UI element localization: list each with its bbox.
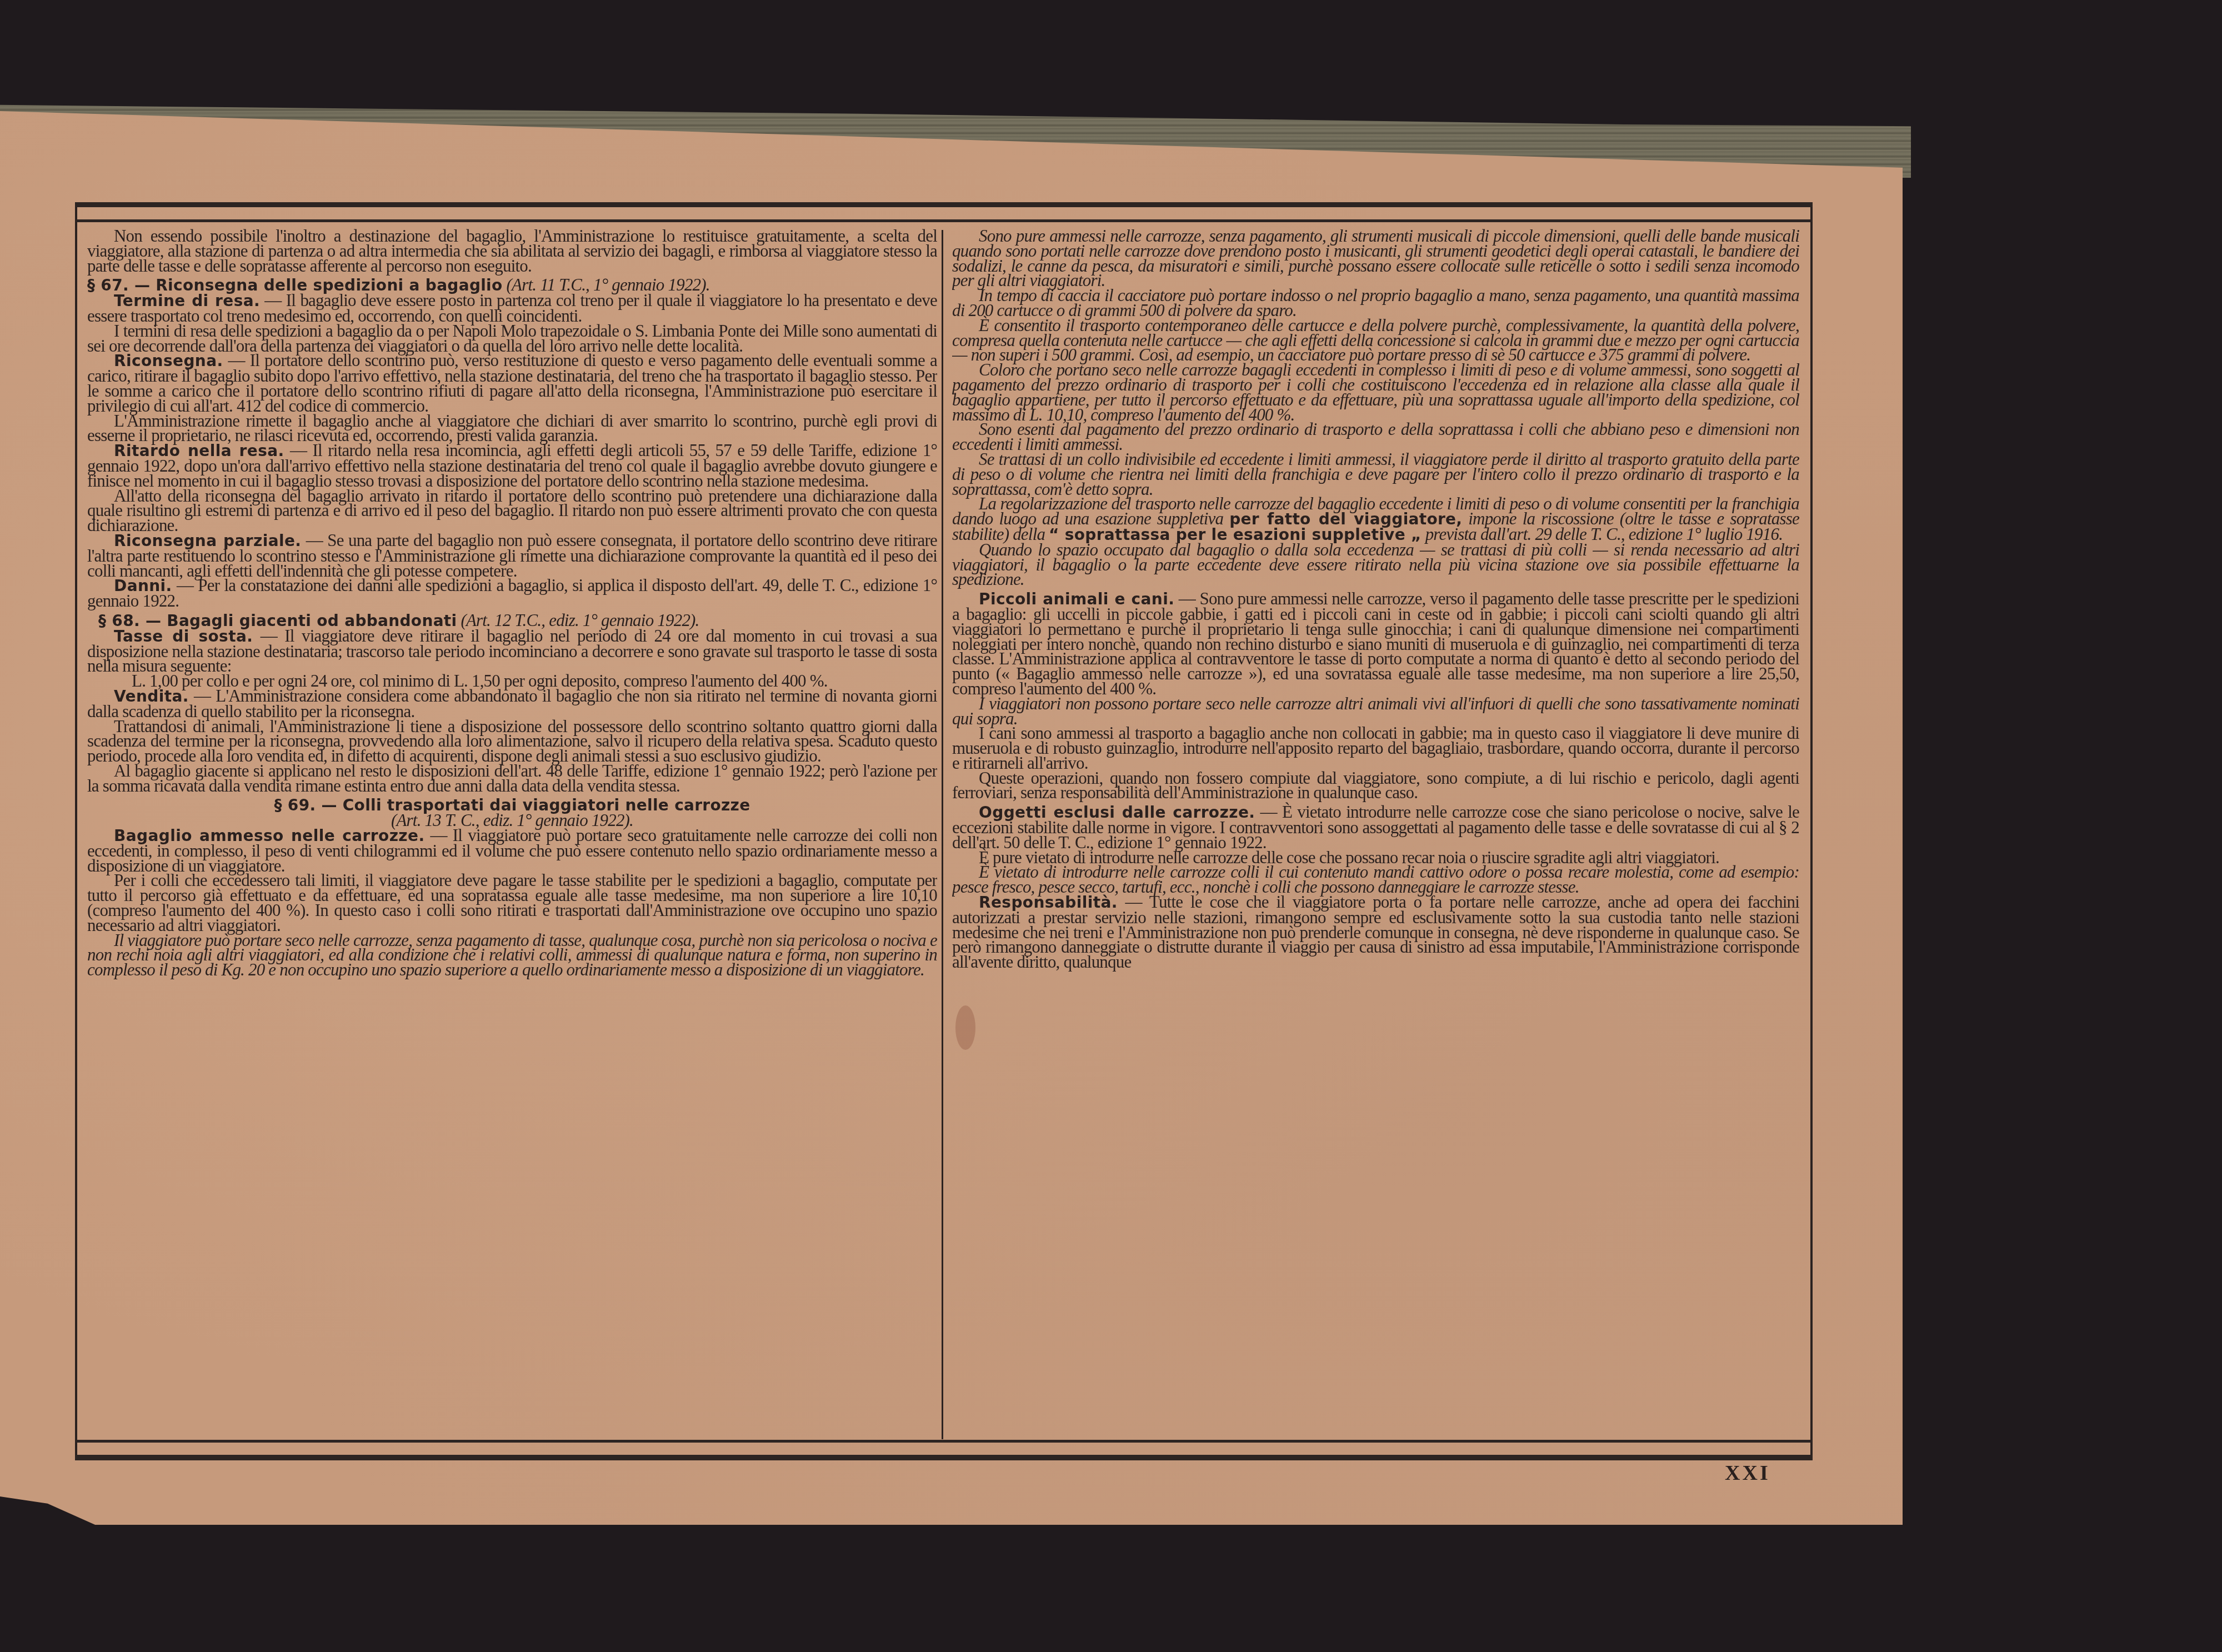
paragraph-smarrito: L'Amministrazione rimette il bagaglio an… xyxy=(87,414,937,444)
paragraph-operazioni: Queste operazioni, quando non fossero co… xyxy=(952,771,1799,801)
paragraph-caccia: In tempo di caccia il cacciatore può por… xyxy=(952,288,1799,318)
paragraph-indivisibile: Se trattasi di un collo indivisibile ed … xyxy=(952,452,1799,497)
left-column: Non essendo possibile l'inoltro a destin… xyxy=(87,229,937,1435)
paragraph-parziale: Riconsegna parziale. — Se una parte del … xyxy=(87,533,937,578)
bottom-double-rule xyxy=(75,1440,1813,1460)
paragraph-strumenti: Sono pure ammessi nelle carrozze, senza … xyxy=(952,229,1799,288)
paragraph-sosta: Tasse di sosta. — Il viaggiatore deve ri… xyxy=(87,629,937,674)
paragraph-intro: Non essendo possibile l'inoltro a destin… xyxy=(87,229,937,273)
paragraph-vendita: Vendita. — L'Amministrazione considera c… xyxy=(87,689,937,719)
paragraph-ritardo: Ritardo nella resa. — Il ritardo nella r… xyxy=(87,443,937,488)
paragraph-piccoli-animali: Piccoli animali e cani. — Sono pure amme… xyxy=(952,592,1799,697)
paragraph-altri-animali: I viaggiatori non possono portare seco n… xyxy=(952,697,1799,727)
paragraph-oggetti: Oggetti esclusi dalle carrozze. — È viet… xyxy=(952,805,1799,850)
paragraph-termine: Termine di resa. — Il bagaglio deve esse… xyxy=(87,293,937,324)
paragraph-ammesso: Bagaglio ammesso nelle carrozze. — Il vi… xyxy=(87,828,937,873)
paragraph-cartucce: È consentito il trasporto contemporaneo … xyxy=(952,318,1799,363)
paragraph-dichiarazione: All'atto della riconsegna del bagaglio a… xyxy=(87,489,937,533)
paragraph-animali: Trattandosi di animali, l'Amministrazion… xyxy=(87,719,937,764)
paragraph-giacente: Al bagaglio giacente si applicano nel re… xyxy=(87,764,937,794)
top-double-rule xyxy=(75,202,1813,222)
paper-stain xyxy=(955,1005,975,1050)
paragraph-qualunque-cosa: Il viaggiatore può portare seco nelle ca… xyxy=(87,933,937,978)
column-divider xyxy=(942,230,943,1439)
paragraph-termini-napoli: I termini di resa delle spedizioni a bag… xyxy=(87,324,937,354)
paragraph-odore: È vietato di introdurre nelle carrozze c… xyxy=(952,865,1799,895)
text-frame: Non essendo possibile l'inoltro a destin… xyxy=(75,204,1813,1457)
paragraph-spazio: Quando lo spazio occupato dal bagaglio o… xyxy=(952,543,1799,587)
paragraph-eccedenti: Per i colli che eccedessero tali limiti,… xyxy=(87,873,937,933)
page-number: XXI xyxy=(1725,1461,1770,1485)
paragraph-esenti: Sono esenti dal pagamento del prezzo ord… xyxy=(952,422,1799,452)
right-column: Sono pure ammessi nelle carrozze, senza … xyxy=(952,229,1799,1435)
paragraph-eccedenti-right: Coloro che portano seco nelle carrozze b… xyxy=(952,363,1799,422)
paragraph-cani-bagaglio: I cani sono ammessi al trasporto a bagag… xyxy=(952,726,1799,770)
paragraph-riconsegna: Riconsegna. — Il portatore dello scontri… xyxy=(87,353,937,413)
paragraph-responsabilita: Responsabilità. — Tutte le cose che il v… xyxy=(952,895,1799,970)
paragraph-danni: Danni. — Per la constatazione dei danni … xyxy=(87,578,937,609)
paragraph-regolarizzazione: La regolarizzazione del trasporto nelle … xyxy=(952,497,1799,542)
